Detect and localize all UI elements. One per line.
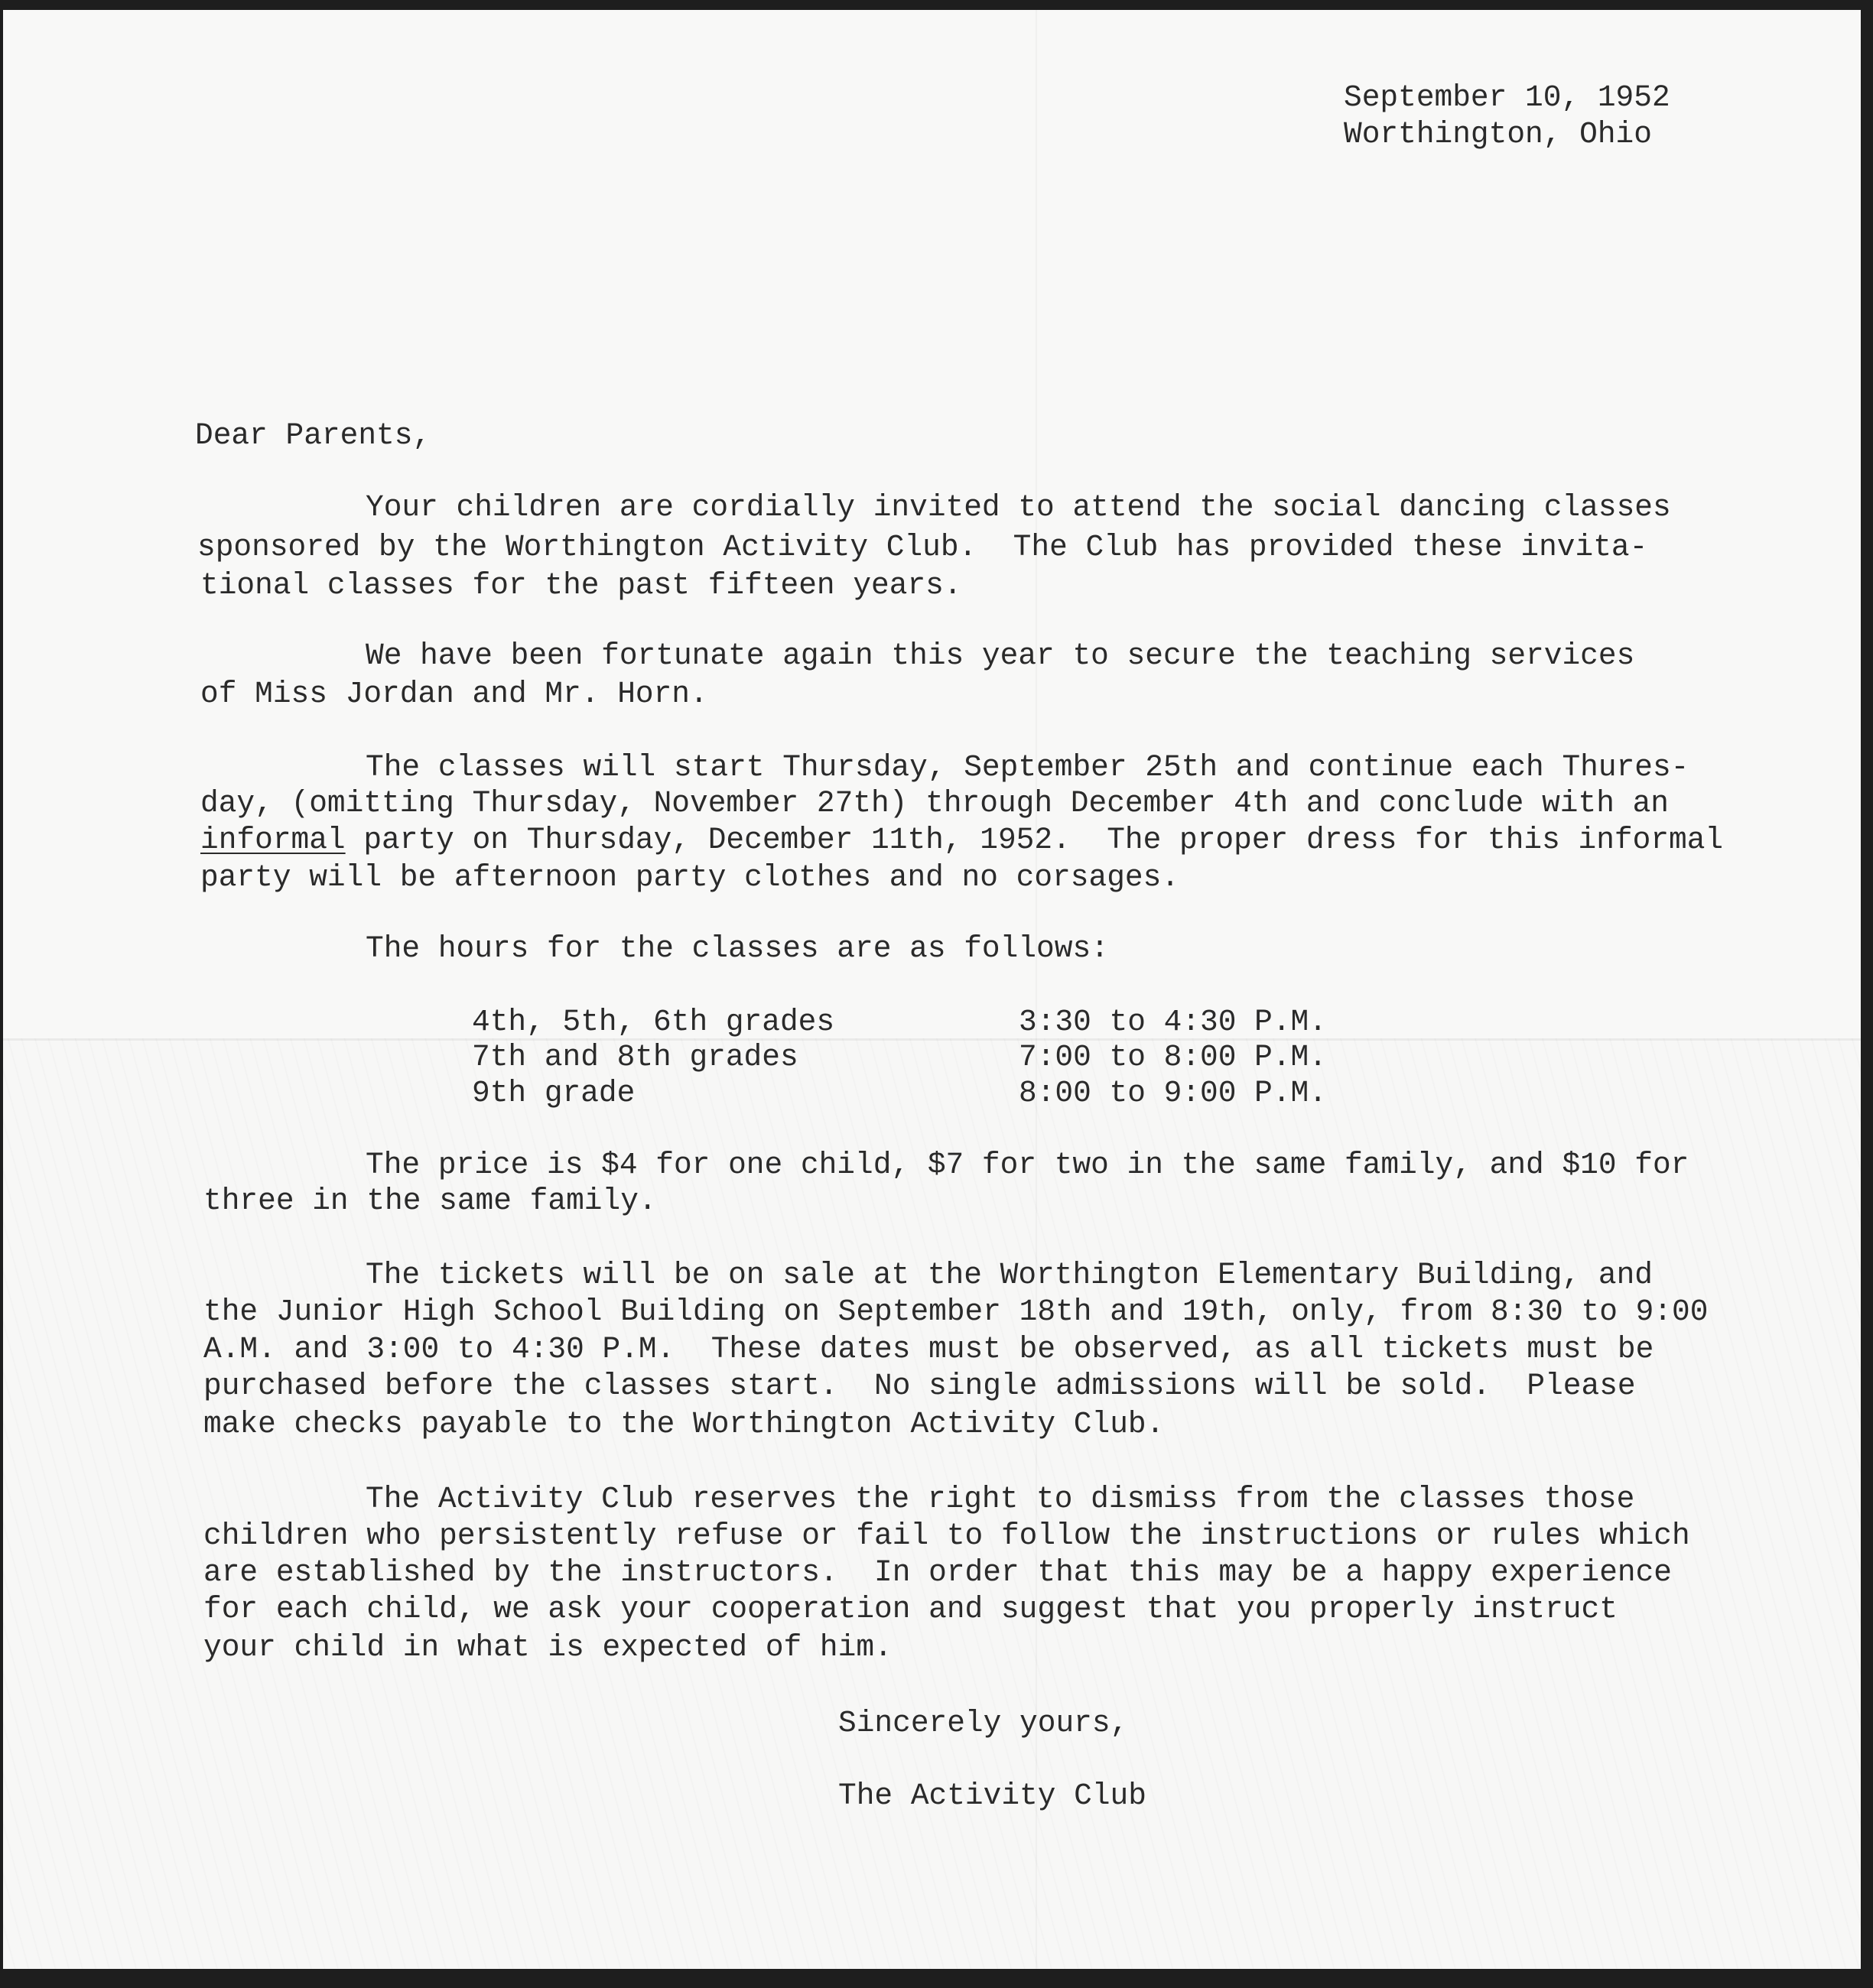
schedule-line-rest: party on Thursday, December 11th, 1952. …	[346, 823, 1724, 857]
intro-line: Your children are cordially invited to a…	[366, 492, 1671, 523]
hours-time: 3:30 to 4:30 P.M.	[1019, 1007, 1327, 1038]
rules-line: for each child, we ask your cooperation …	[203, 1594, 1618, 1625]
teachers-line: We have been fortunate again this year t…	[366, 641, 1634, 671]
letter-date: September 10, 1952	[1344, 83, 1670, 113]
schedule-line: informal party on Thursday, December 11t…	[200, 825, 1723, 856]
hours-grades: 9th grade	[472, 1078, 635, 1109]
hours-grades: 7th and 8th grades	[472, 1042, 798, 1073]
horizontal-fold-crease	[3, 1038, 1861, 1041]
rules-line: your child in what is expected of him.	[203, 1632, 893, 1663]
teachers-line: of Miss Jordan and Mr. Horn.	[200, 679, 708, 710]
schedule-line: The classes will start Thursday, Septemb…	[366, 752, 1689, 783]
rules-line: are established by the instructors. In o…	[203, 1558, 1672, 1588]
vertical-fold-crease	[1036, 10, 1037, 1969]
intro-line: sponsored by the Worthington Activity Cl…	[197, 532, 1647, 563]
tickets-line: The tickets will be on sale at the Worth…	[366, 1260, 1653, 1291]
hours-time: 7:00 to 8:00 P.M.	[1019, 1042, 1327, 1073]
hours-time: 8:00 to 9:00 P.M.	[1019, 1078, 1327, 1109]
letter-place: Worthington, Ohio	[1344, 119, 1652, 150]
schedule-line: day, (omitting Thursday, November 27th) …	[200, 788, 1669, 819]
tickets-line: purchased before the classes start. No s…	[203, 1371, 1636, 1402]
tickets-line: the Junior High School Building on Septe…	[203, 1297, 1708, 1327]
rules-line: children who persistently refuse or fail…	[203, 1521, 1690, 1551]
rules-line: The Activity Club reserves the right to …	[366, 1484, 1634, 1515]
valediction: Sincerely yours,	[838, 1708, 1128, 1739]
schedule-line: party will be afternoon party clothes an…	[200, 862, 1179, 893]
hours-intro: The hours for the classes are as follows…	[366, 934, 1109, 964]
signature: The Activity Club	[838, 1781, 1146, 1811]
letter-page	[3, 10, 1861, 1969]
underlined-word: informal	[200, 823, 346, 857]
intro-line: tional classes for the past fifteen year…	[200, 570, 962, 601]
tickets-line: A.M. and 3:00 to 4:30 P.M. These dates m…	[203, 1334, 1654, 1365]
hours-grades: 4th, 5th, 6th grades	[472, 1007, 834, 1038]
salutation: Dear Parents,	[195, 421, 431, 451]
tickets-line: make checks payable to the Worthington A…	[203, 1409, 1164, 1440]
price-line: three in the same family.	[203, 1186, 657, 1217]
price-line: The price is $4 for one child, $7 for tw…	[366, 1150, 1689, 1181]
